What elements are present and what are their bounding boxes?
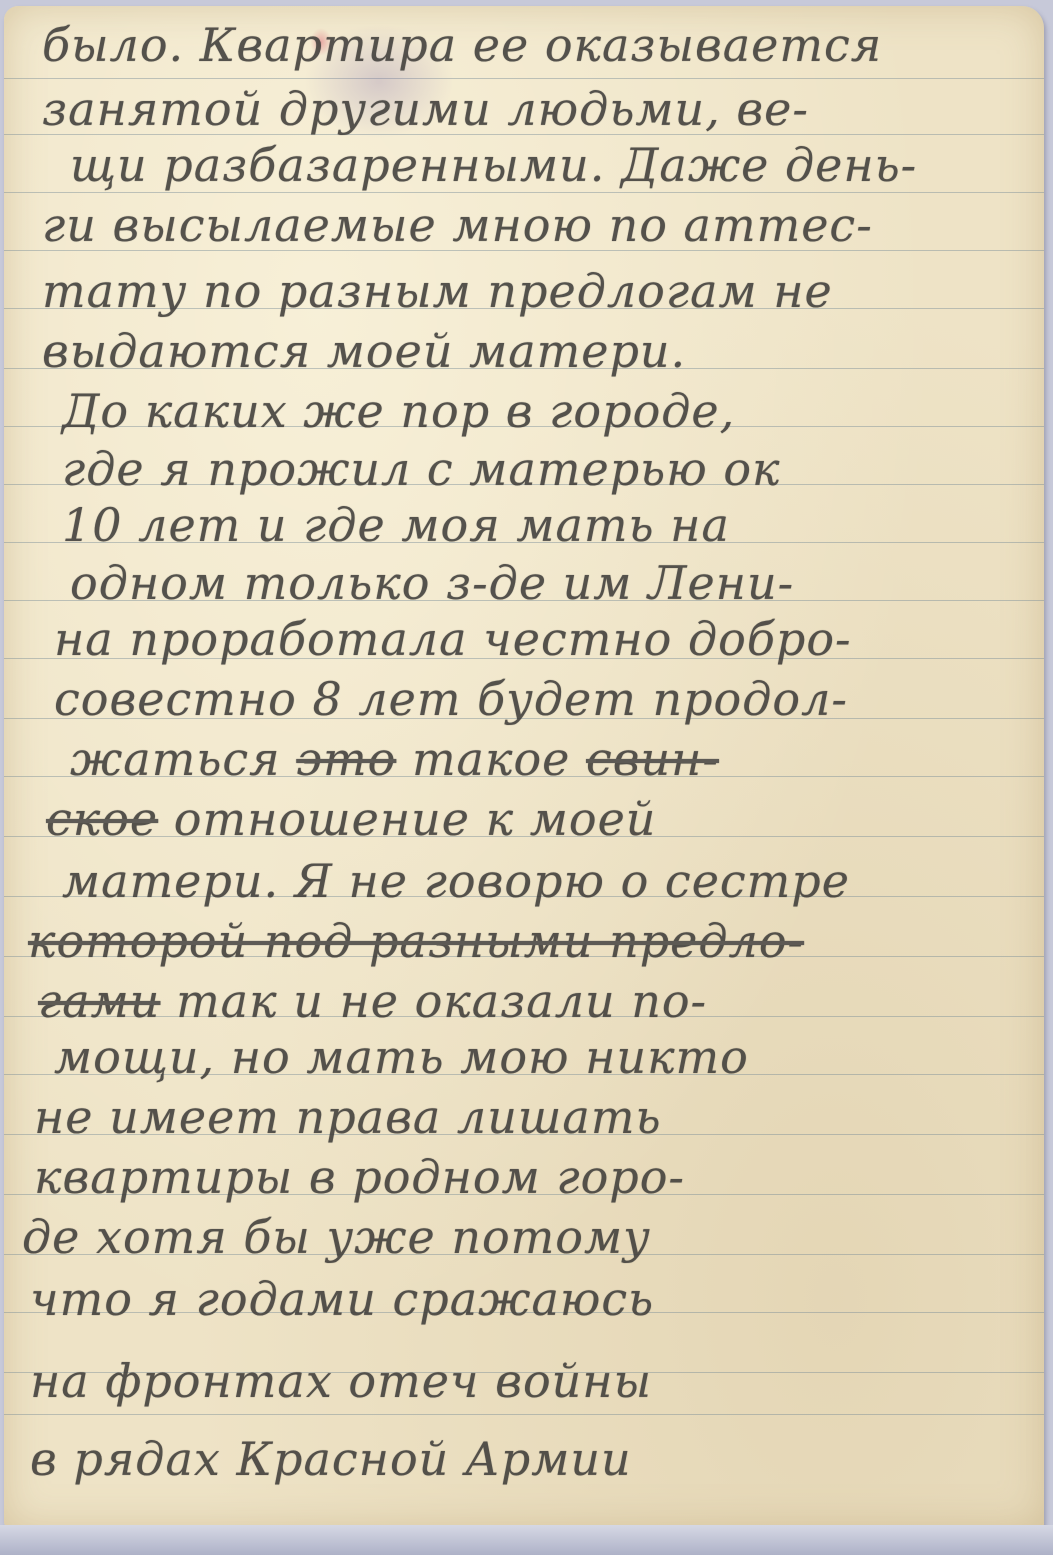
- struck-word: ское: [46, 792, 158, 846]
- struck-word: свин-: [586, 732, 719, 786]
- notebook-page: было. Квартира ее оказывается занятой др…: [4, 6, 1044, 1528]
- text-line-12: совестно 8 лет будет продол-: [54, 676, 848, 722]
- text-line-7: До каких же пор в городе,: [62, 388, 735, 434]
- line-17-rest: так и не оказали по-: [176, 974, 707, 1028]
- text-line-13: жаться это такое свин-: [70, 736, 719, 782]
- text-line-14: ское отношение к моей: [46, 796, 656, 842]
- text-line-2: занятой другими людьми, ве-: [42, 86, 809, 132]
- text-line-4: ги высылаемые мною по аттес-: [42, 202, 873, 248]
- line-13-rest: такое: [412, 732, 570, 786]
- text-line-23: на фронтах отеч войны: [30, 1358, 652, 1404]
- rule-line: [4, 78, 1044, 79]
- text-line-21: де хотя бы уже потому: [22, 1214, 651, 1260]
- line-14-rest: отношение к моей: [174, 792, 657, 846]
- text-line-6: выдаются моей матери.: [42, 328, 686, 374]
- text-line-15: матери. Я не говорю о сестре: [62, 858, 850, 904]
- text-line-22: что я годами сражаюсь: [30, 1276, 654, 1322]
- struck-word: это: [296, 732, 396, 786]
- line-13-word: жаться: [70, 732, 281, 786]
- text-line-11: на проработала честно добро-: [54, 616, 852, 662]
- text-line-24: в рядах Красной Армии: [30, 1436, 632, 1482]
- text-line-3: щи разбазаренными. Даже день-: [70, 142, 917, 188]
- text-line-9: 10 лет и где моя мать на: [62, 502, 730, 548]
- text-line-10: одном только з-де им Лени-: [70, 560, 794, 606]
- text-line-19: не имеет права лишать: [34, 1094, 662, 1140]
- text-line-5: тату по разным предлогам не: [42, 268, 833, 314]
- rule-line: [4, 192, 1044, 193]
- text-line-20: квартиры в родном горо-: [34, 1154, 685, 1200]
- rule-line: [4, 1414, 1044, 1415]
- struck-word: гами: [38, 974, 160, 1028]
- text-line-16-struck: которой под разными предло-: [28, 918, 804, 964]
- text-line-8: где я прожил с матерью ок: [62, 446, 780, 492]
- text-line-1: было. Квартира ее оказывается: [42, 22, 882, 68]
- background-surface: [0, 1525, 1053, 1555]
- text-line-17: гами так и не оказали по-: [38, 978, 707, 1024]
- text-line-18: мощи, но мать мою никто: [54, 1034, 749, 1080]
